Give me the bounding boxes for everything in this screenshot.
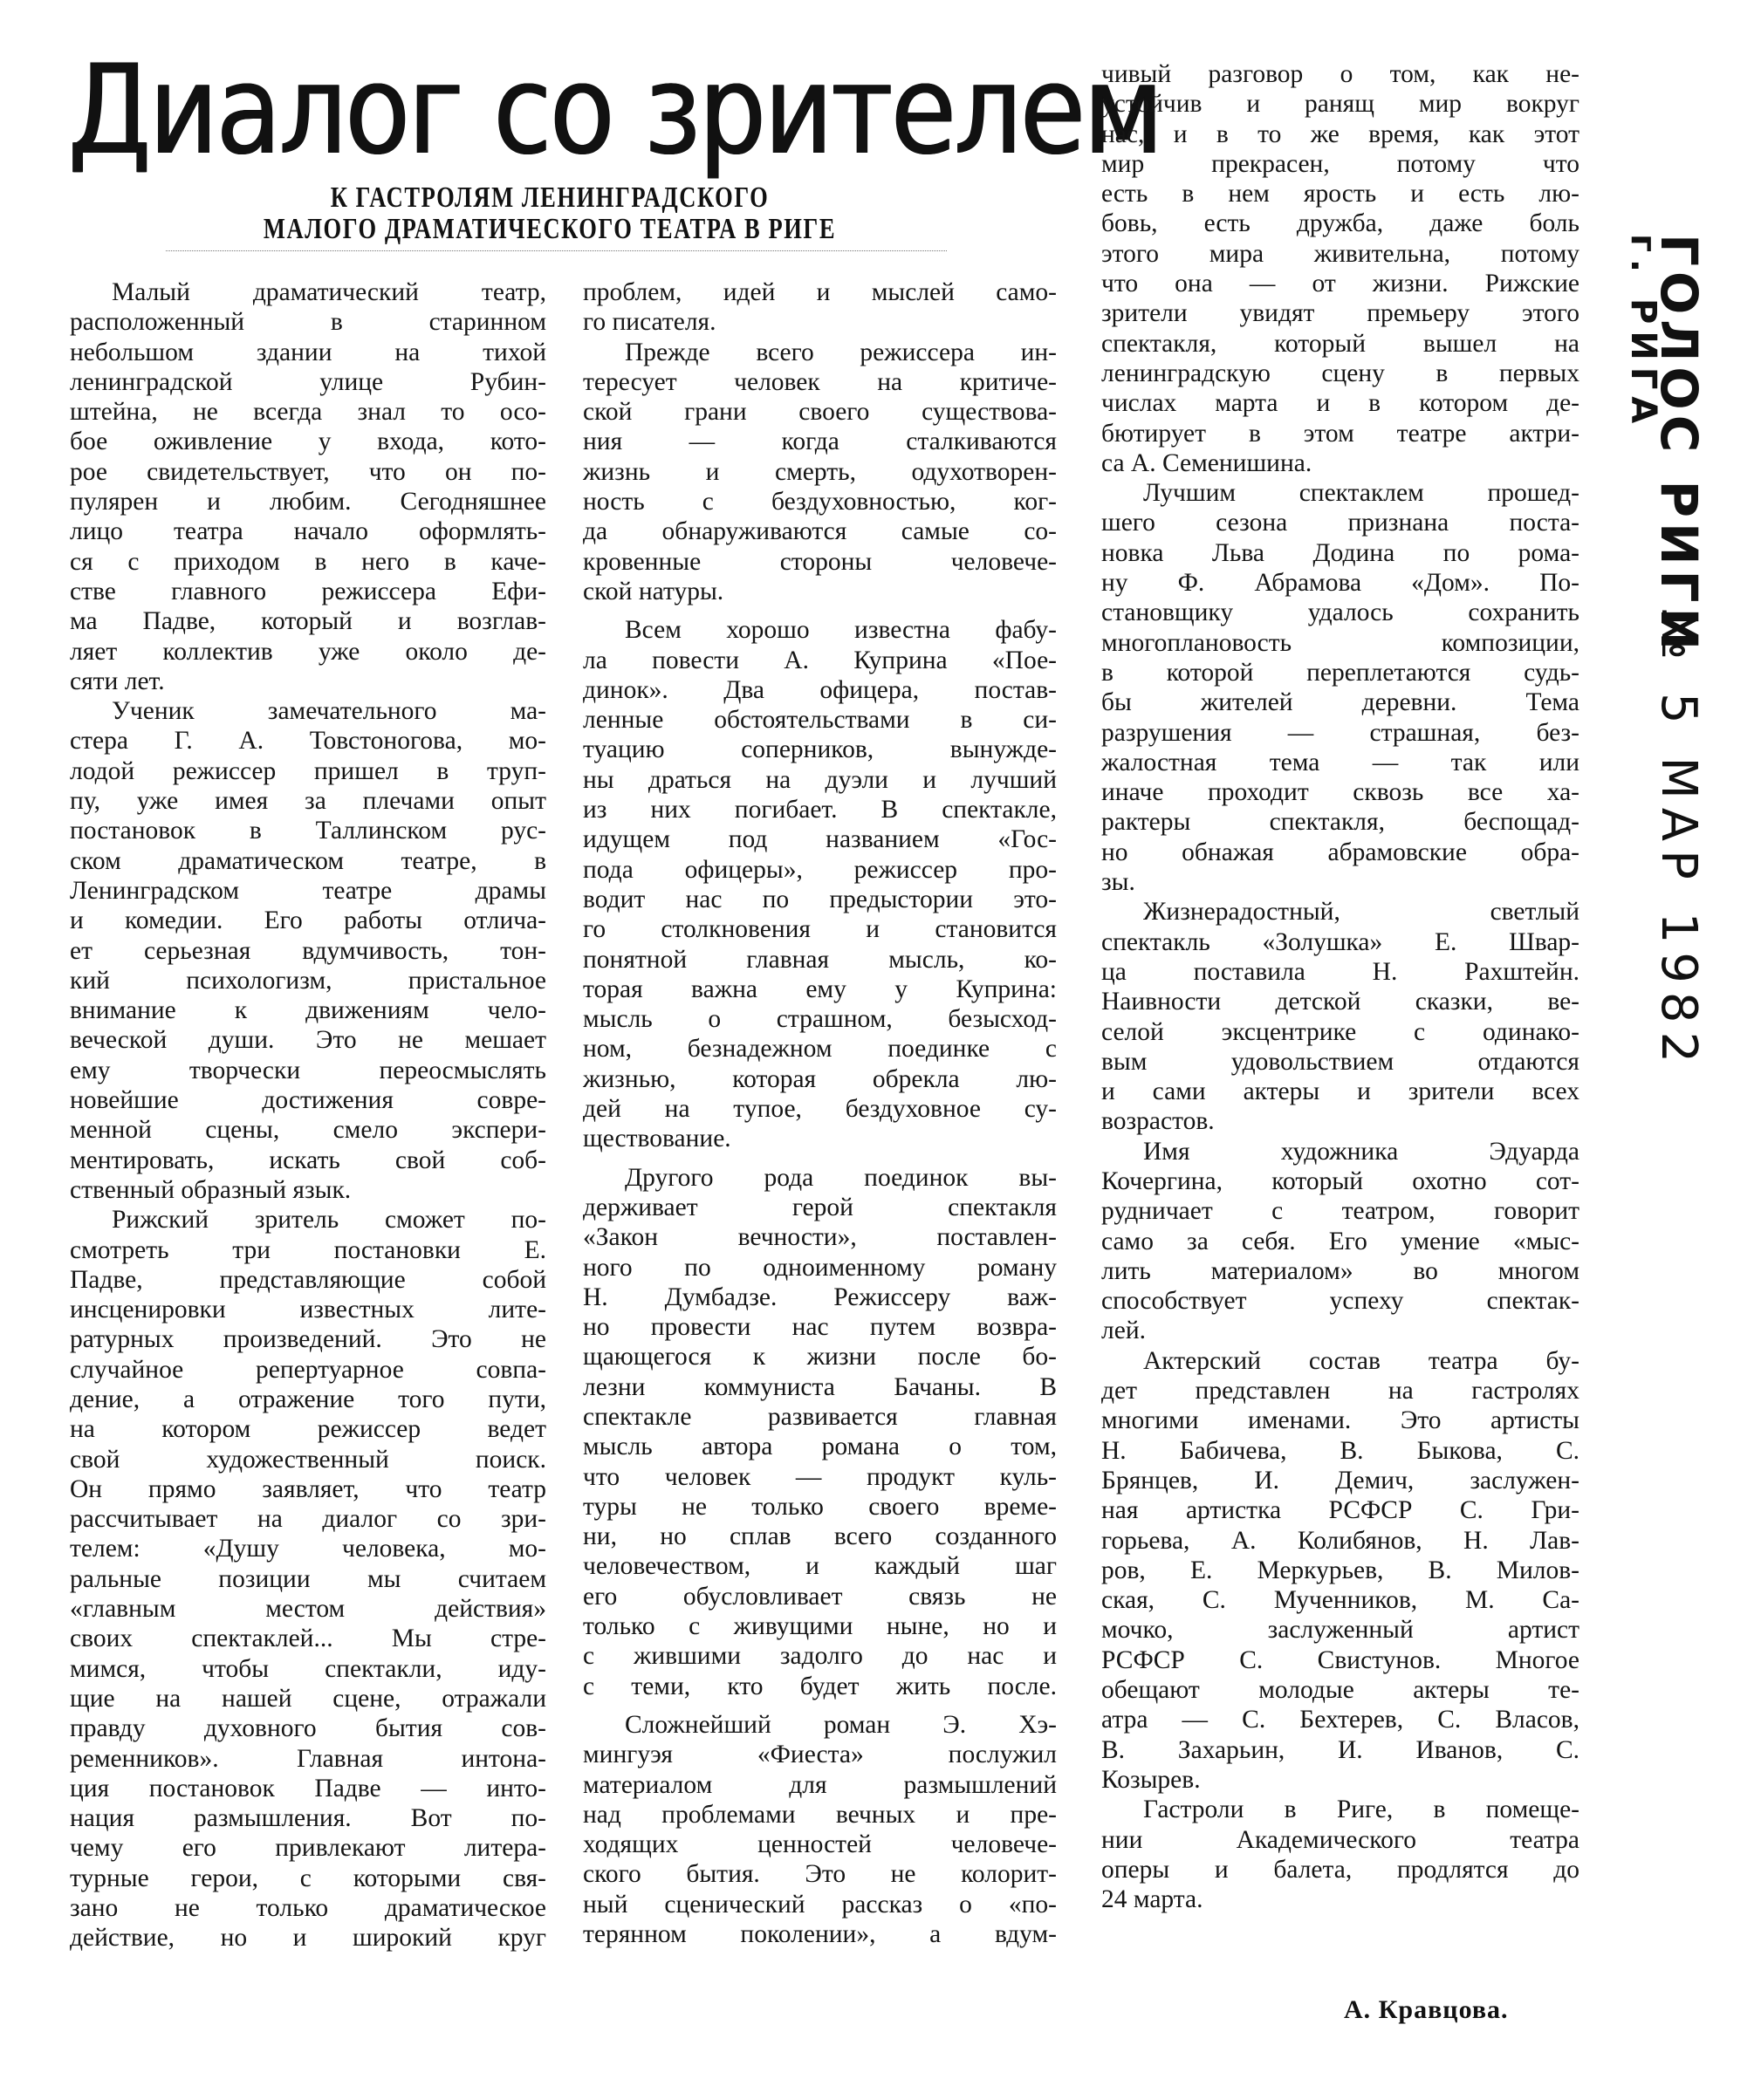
text-line: Падве, представляющие собой bbox=[70, 1265, 546, 1295]
text-line: го столкновения и становится bbox=[583, 914, 1057, 944]
text-line: зрители увидят премьеру этого bbox=[1101, 298, 1579, 328]
text-line: ет серьезная вдумчивость, тон- bbox=[70, 936, 546, 966]
text-line: нии Академического театра bbox=[1101, 1825, 1579, 1855]
text-line: само за себя. Его умение «мыс- bbox=[1101, 1227, 1579, 1256]
text-line: Кочергина, который охотно сот- bbox=[1101, 1166, 1579, 1196]
text-line: вым удовольствием отдаются bbox=[1101, 1047, 1579, 1077]
text-line: ная артистка РСФСР С. Гри- bbox=[1101, 1495, 1579, 1525]
article-subheading-line-1: К ГАСТРОЛЯМ ЛЕНИНГРАДСКОГО bbox=[209, 181, 890, 215]
text-line: идущем под названием «Гос- bbox=[583, 824, 1057, 854]
text-line: дет представлен на гастролях bbox=[1101, 1376, 1579, 1406]
text-line: Н. Думбадзе. Режиссеру важ- bbox=[583, 1283, 1057, 1312]
text-line: материалом для размышлений bbox=[583, 1770, 1057, 1800]
text-line: тересует человек на критиче- bbox=[583, 367, 1057, 397]
text-line: са А. Семенишина. bbox=[1101, 448, 1579, 478]
text-line: возрастов. bbox=[1101, 1106, 1579, 1136]
article-column-3: чивый разговор о том, как не-устойчив и … bbox=[1101, 59, 1579, 1914]
text-line: становщику удалось сохранить bbox=[1101, 598, 1579, 627]
text-line: бютирует в этом театре актри- bbox=[1101, 419, 1579, 448]
text-line: и сами актеры и зрители всех bbox=[1101, 1077, 1579, 1106]
text-line: ного по одноименному роману bbox=[583, 1253, 1057, 1283]
text-line: Рижский зритель сможет по- bbox=[70, 1205, 546, 1235]
text-line: постановок в Таллинском рус- bbox=[70, 816, 546, 845]
newspaper-clipping: Диалог со зрителем К ГАСТРОЛЯМ ЛЕНИНГРАД… bbox=[0, 0, 1761, 2100]
text-line: ся с приходом в него в каче- bbox=[70, 547, 546, 577]
text-line: ция постановок Падве — инто- bbox=[70, 1774, 546, 1803]
text-line: случайное репертуарное совпа- bbox=[70, 1355, 546, 1385]
text-line: бое оживление у входа, кото- bbox=[70, 427, 546, 456]
text-line: ленинградской улице Рубин- bbox=[70, 367, 546, 397]
text-line: Жизнерадостный, светлый bbox=[1101, 897, 1579, 927]
text-line: держивает герой спектакля bbox=[583, 1193, 1057, 1222]
text-line: водит нас по предыстории это- bbox=[583, 885, 1057, 914]
text-line: рактеры спектакля, беспощад- bbox=[1101, 807, 1579, 837]
text-line: с жившими задолго до нас и bbox=[583, 1641, 1057, 1671]
paragraph-gap bbox=[583, 606, 1057, 615]
text-line: чивый разговор о том, как не- bbox=[1101, 59, 1579, 89]
text-line: но провести нас путем возвра- bbox=[583, 1312, 1057, 1342]
text-line: только с живущими ныне, но и bbox=[583, 1611, 1057, 1641]
text-line: ный сценический рассказ о «по- bbox=[583, 1890, 1057, 1919]
paragraph-gap bbox=[583, 1154, 1057, 1163]
archive-stamp: ГОЛОС РИГИ г. РИГА № 5 МАР 1982 bbox=[1630, 234, 1709, 1019]
text-line: Малый драматический театр, bbox=[70, 277, 546, 307]
text-line: ляет коллектив уже около де- bbox=[70, 637, 546, 667]
text-line: ской натуры. bbox=[583, 577, 1057, 606]
text-line: Н. Бабичева, В. Быкова, С. bbox=[1101, 1436, 1579, 1466]
text-line: ходящих ценностей человече- bbox=[583, 1830, 1057, 1859]
text-line: свой художественный поиск. bbox=[70, 1445, 546, 1474]
text-line: да обнаруживаются самые со- bbox=[583, 516, 1057, 546]
text-line: ская, С. Мученников, М. Са- bbox=[1101, 1585, 1579, 1615]
text-line: ментировать, искать свой соб- bbox=[70, 1146, 546, 1175]
text-line: многими именами. Это артисты bbox=[1101, 1406, 1579, 1435]
text-line: ния — когда сталкиваются bbox=[583, 427, 1057, 456]
text-line: этого мира живительна, потому bbox=[1101, 239, 1579, 269]
text-line: атра — С. Бехтерев, С. Власов, bbox=[1101, 1705, 1579, 1734]
text-line: жизнь и смерть, одухотворен- bbox=[583, 457, 1057, 487]
text-line: дение, а отражение того пути, bbox=[70, 1385, 546, 1414]
text-line: жалостная тема — так или bbox=[1101, 748, 1579, 777]
text-line: пу, уже имея за плечами опыт bbox=[70, 786, 546, 816]
text-line: но обнажая абрамовские обра- bbox=[1101, 838, 1579, 867]
text-line: лить материалом» во многом bbox=[1101, 1256, 1579, 1286]
text-line: есть в нем ярость и есть лю- bbox=[1101, 179, 1579, 209]
text-line: правду духовного бытия сов- bbox=[70, 1714, 546, 1743]
article-subheading-line-2: МАЛОГО ДРАМАТИЧЕСКОГО ТЕАТРА В РИГЕ bbox=[209, 213, 890, 246]
paragraph-gap bbox=[583, 1701, 1057, 1710]
text-line: спектакль «Золушка» Е. Швар- bbox=[1101, 927, 1579, 957]
text-line: мысль о страшном, безысход- bbox=[583, 1004, 1057, 1034]
text-line: ском драматическом театре, в bbox=[70, 846, 546, 876]
text-line: торая важна ему у Куприна: bbox=[583, 975, 1057, 1004]
text-line: смотреть три постановки Е. bbox=[70, 1235, 546, 1265]
text-line: В. Захарьин, И. Иванов, С. bbox=[1101, 1735, 1579, 1765]
text-line: лей. bbox=[1101, 1316, 1579, 1345]
text-line: ществование. bbox=[583, 1124, 1057, 1153]
text-line: что она — от жизни. Рижские bbox=[1101, 269, 1579, 298]
text-line: расположенный в старинном bbox=[70, 307, 546, 337]
text-line: бы жителей деревни. Тема bbox=[1101, 687, 1579, 717]
text-line: устойчив и ранящ мир вокруг bbox=[1101, 89, 1579, 119]
text-line: на котором режиссер ведет bbox=[70, 1414, 546, 1444]
text-line: го писателя. bbox=[583, 307, 1057, 337]
text-line: туры не только своего време- bbox=[583, 1492, 1057, 1522]
text-line: зы. bbox=[1101, 867, 1579, 897]
text-line: турные герои, с которыми свя- bbox=[70, 1864, 546, 1893]
text-line: ров, Е. Меркурьев, В. Милов- bbox=[1101, 1556, 1579, 1585]
text-line: обещают молодые актеры те- bbox=[1101, 1675, 1579, 1705]
text-line: нас, и в то же время, как этот bbox=[1101, 120, 1579, 149]
text-line: щающегося к жизни после бо- bbox=[583, 1342, 1057, 1371]
text-line: ну Ф. Абрамова «Дом». По- bbox=[1101, 568, 1579, 598]
text-line: мингуэя «Фиеста» послужил bbox=[583, 1740, 1057, 1769]
text-line: Он прямо заявляет, что театр bbox=[70, 1474, 546, 1504]
text-line: Козырев. bbox=[1101, 1765, 1579, 1795]
text-line: РСФСР С. Свистунов. Многое bbox=[1101, 1645, 1579, 1675]
text-line: туацию соперников, вынужде- bbox=[583, 735, 1057, 764]
text-line: и комедии. Его работы отлича- bbox=[70, 906, 546, 935]
text-line: проблем, идей и мыслей само- bbox=[583, 277, 1057, 307]
text-line: дей на тупое, бездуховное су- bbox=[583, 1094, 1057, 1124]
text-line: Ленинградском театре драмы bbox=[70, 876, 546, 906]
text-line: разрушения — страшная, без- bbox=[1101, 718, 1579, 748]
text-line: Лучшим спектаклем прошед- bbox=[1101, 478, 1579, 508]
text-line: терянном поколении», а вдум- bbox=[583, 1919, 1057, 1949]
stamp-date: № 5 МАР 1982 bbox=[1650, 609, 1707, 1071]
text-line: новейшие достижения совре- bbox=[70, 1085, 546, 1115]
text-line: стве главного режиссера Ефи- bbox=[70, 577, 546, 606]
text-line: «Закон вечности», поставлен- bbox=[583, 1222, 1057, 1252]
text-line: ца поставила Н. Рахштейн. bbox=[1101, 957, 1579, 987]
author-signature: А. Кравцова. bbox=[1344, 1995, 1509, 2025]
text-line: жизнью, которая обрекла лю- bbox=[583, 1064, 1057, 1094]
text-line: кий психологизм, пристальное bbox=[70, 966, 546, 995]
article-column-1: Малый драматический театр,расположенный … bbox=[70, 277, 546, 1953]
text-line: ременников». Главная интона- bbox=[70, 1744, 546, 1774]
text-line: Гастроли в Риге, в помеще- bbox=[1101, 1795, 1579, 1824]
text-line: лицо театра начало оформлять- bbox=[70, 516, 546, 546]
text-line: ны драться на дуэли и лучший bbox=[583, 765, 1057, 795]
text-line: мимся, чтобы спектакли, иду- bbox=[70, 1654, 546, 1684]
text-line: над проблемами вечных и пре- bbox=[583, 1800, 1057, 1830]
text-line: ственный образный язык. bbox=[70, 1175, 546, 1205]
text-line: способствует успеху спектак- bbox=[1101, 1286, 1579, 1316]
text-line: веческой души. Это не мешает bbox=[70, 1025, 546, 1055]
text-line: ном, безнадежном поединке с bbox=[583, 1034, 1057, 1064]
text-line: с теми, кто будет жить после. bbox=[583, 1672, 1057, 1701]
text-line: из них погибает. В спектакле, bbox=[583, 795, 1057, 824]
text-line: Актерский состав театра бу- bbox=[1101, 1346, 1579, 1376]
text-line: рассчитывает на диалог со зри- bbox=[70, 1504, 546, 1534]
text-line: числах марта и в котором де- bbox=[1101, 388, 1579, 418]
text-line: понятной главная мысль, ко- bbox=[583, 945, 1057, 975]
text-line: что человек — продукт куль- bbox=[583, 1462, 1057, 1492]
text-line: небольшом здании на тихой bbox=[70, 338, 546, 367]
text-line: ральные позиции мы считаем bbox=[70, 1564, 546, 1594]
text-line: оперы и балета, продлятся до bbox=[1101, 1855, 1579, 1885]
text-line: телем: «Душу человека, мо- bbox=[70, 1534, 546, 1563]
text-line: пода офицеры», режиссер про- bbox=[583, 855, 1057, 885]
text-line: ратурных произведений. Это не bbox=[70, 1324, 546, 1354]
text-line: Брянцев, И. Демич, заслужен- bbox=[1101, 1466, 1579, 1495]
text-line: ему творчески переосмыслять bbox=[70, 1056, 546, 1085]
text-line: штейна, не всегда знал то осо- bbox=[70, 397, 546, 427]
text-line: лезни коммуниста Бачаны. В bbox=[583, 1372, 1057, 1402]
text-line: сяти лет. bbox=[70, 667, 546, 696]
text-line: менной сцены, смело экспери- bbox=[70, 1115, 546, 1145]
text-line: Ученик замечательного ма- bbox=[70, 696, 546, 726]
text-line: инсценировки известных лите- bbox=[70, 1295, 546, 1324]
text-line: стера Г. А. Товстоногова, мо- bbox=[70, 726, 546, 756]
text-line: бовь, есть дружба, даже боль bbox=[1101, 209, 1579, 238]
text-line: 24 марта. bbox=[1101, 1885, 1579, 1914]
text-line: ленинградскую сцену в первых bbox=[1101, 359, 1579, 388]
stamp-city: г. РИГА bbox=[1623, 234, 1663, 430]
text-line: его обусловливает связь не bbox=[583, 1582, 1057, 1611]
text-line: Сложнейший роман Э. Хэ- bbox=[583, 1710, 1057, 1740]
text-line: селой эксцентрике с одинако- bbox=[1101, 1017, 1579, 1047]
text-line: мочко, заслуженный артист bbox=[1101, 1615, 1579, 1645]
text-line: шего сезона признана поста- bbox=[1101, 508, 1579, 537]
text-line: зано не только драматическое bbox=[70, 1893, 546, 1923]
text-line: ленные обстоятельствами в си- bbox=[583, 705, 1057, 735]
text-line: чему его привлекают литера- bbox=[70, 1833, 546, 1863]
text-line: спектакле развивается главная bbox=[583, 1402, 1057, 1432]
text-line: ма Падве, который и возглав- bbox=[70, 606, 546, 636]
text-line: кровенные стороны человече- bbox=[583, 547, 1057, 577]
text-line: Всем хорошо известна фабу- bbox=[583, 615, 1057, 645]
text-line: рудничает с театром, говорит bbox=[1101, 1196, 1579, 1226]
text-line: действие, но и широкий круг bbox=[70, 1923, 546, 1953]
article-column-2: проблем, идей и мыслей само-го писателя.… bbox=[583, 277, 1057, 1949]
text-line: внимание к движениям чело- bbox=[70, 995, 546, 1025]
text-line: спектакля, который вышел на bbox=[1101, 329, 1579, 359]
text-line: Прежде всего режиссера ин- bbox=[583, 338, 1057, 367]
article-headline: Диалог со зрителем bbox=[68, 45, 916, 176]
text-line: Имя художника Эдуарда bbox=[1101, 1137, 1579, 1166]
text-line: ского бытия. Это не колорит- bbox=[583, 1859, 1057, 1889]
text-line: мир прекрасен, потому что bbox=[1101, 149, 1579, 179]
text-line: динок». Два офицера, постав- bbox=[583, 675, 1057, 705]
text-line: щие на нашей сцене, отражали bbox=[70, 1684, 546, 1714]
text-line: ни, но сплав всего созданного bbox=[583, 1522, 1057, 1551]
text-line: в которой переплетаются судь- bbox=[1101, 658, 1579, 687]
text-line: «главным местом действия» bbox=[70, 1594, 546, 1624]
text-line: новка Льва Додина по рома- bbox=[1101, 538, 1579, 568]
text-line: горьева, А. Колибянов, Н. Лав- bbox=[1101, 1526, 1579, 1556]
text-line: рое свидетельствует, что он по- bbox=[70, 457, 546, 487]
text-line: Наивности детской сказки, ве- bbox=[1101, 987, 1579, 1016]
text-line: Другого рода поединок вы- bbox=[583, 1163, 1057, 1193]
text-line: лодой режиссер пришел в труп- bbox=[70, 756, 546, 786]
text-line: иначе проходит сквозь все ха- bbox=[1101, 777, 1579, 807]
text-line: своих спектаклей... Мы стре- bbox=[70, 1624, 546, 1653]
text-line: ность с бездуховностью, ког- bbox=[583, 487, 1057, 516]
text-line: ла повести А. Куприна «Пое- bbox=[583, 646, 1057, 675]
text-line: человечеством, и каждый шаг bbox=[583, 1551, 1057, 1581]
text-line: мысль автора романа о том, bbox=[583, 1432, 1057, 1461]
text-line: ской грани своего существова- bbox=[583, 397, 1057, 427]
subheading-rule bbox=[166, 250, 947, 251]
text-line: нация размышления. Вот по- bbox=[70, 1803, 546, 1833]
text-line: многоплановость композиции, bbox=[1101, 628, 1579, 658]
text-line: пулярен и любим. Сегодняшнее bbox=[70, 487, 546, 516]
